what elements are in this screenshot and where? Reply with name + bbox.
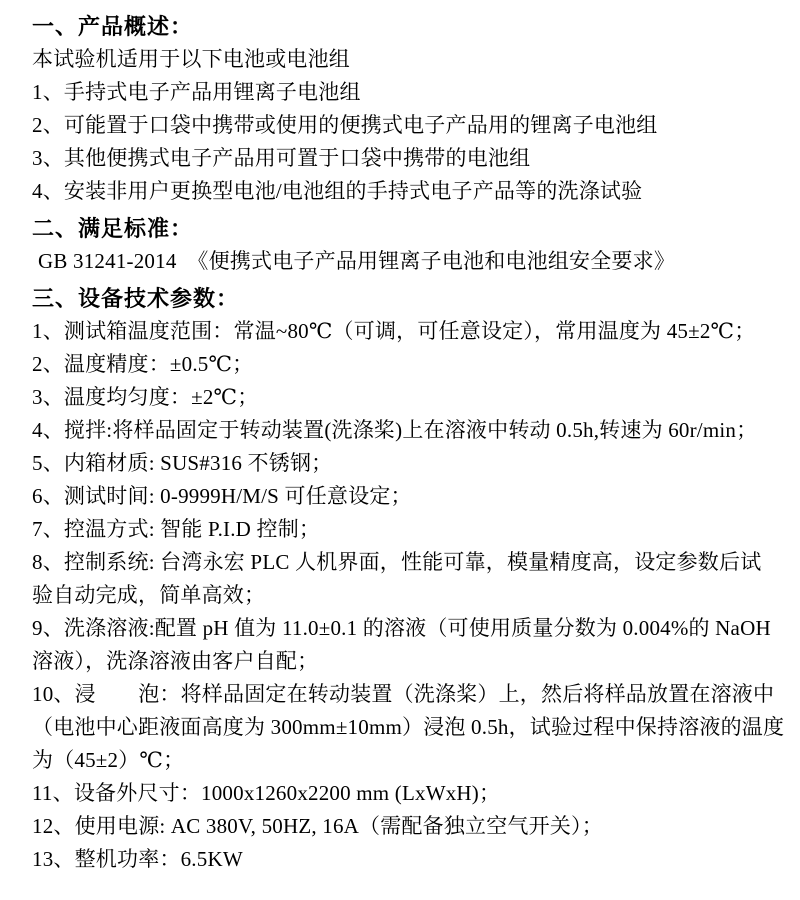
section-heading: 三、设备技术参数：	[32, 282, 796, 315]
document-line: 13、整机功率：6.5KW	[32, 843, 796, 876]
document-line: 溶液），洗涤溶液由客户自配；	[32, 645, 796, 678]
document-line: 1、手持式电子产品用锂离子电池组	[32, 76, 796, 109]
document-line: 4、搅拌:将样品固定于转动装置(洗涤桨)上在溶液中转动 0.5h,转速为 60r…	[32, 414, 796, 447]
document-line: 5、内箱材质: SUS#316 不锈钢；	[32, 447, 796, 480]
document-line: 10、浸 泡：将样品固定在转动装置（洗涤桨）上，然后将样品放置在溶液中	[32, 678, 796, 711]
document-body: 一、产品概述：本试验机适用于以下电池或电池组1、手持式电子产品用锂离子电池组2、…	[0, 0, 800, 876]
section-heading: 二、满足标准：	[32, 212, 796, 245]
document-line: 7、控温方式: 智能 P.I.D 控制；	[32, 513, 796, 546]
document-line: 4、安装非用户更换型电池/电池组的手持式电子产品等的洗涤试验	[32, 175, 796, 208]
document-line: 9、洗涤溶液:配置 pH 值为 11.0±0.1 的溶液（可使用质量分数为 0.…	[32, 612, 796, 645]
document-line: 验自动完成，简单高效；	[32, 579, 796, 612]
document-line: GB 31241-2014 《便携式电子产品用锂离子电池和电池组安全要求》	[32, 245, 796, 278]
document-line: 12、使用电源: AC 380V, 50HZ, 16A（需配备独立空气开关）；	[32, 810, 796, 843]
document-line: 本试验机适用于以下电池或电池组	[32, 43, 796, 76]
document-line: 2、温度精度：±0.5℃；	[32, 348, 796, 381]
document-line: （电池中心距液面高度为 300mm±10mm）浸泡 0.5h，试验过程中保持溶液…	[32, 711, 796, 744]
document-line: 3、其他便携式电子产品用可置于口袋中携带的电池组	[32, 142, 796, 175]
document-line: 2、可能置于口袋中携带或使用的便携式电子产品用的锂离子电池组	[32, 109, 796, 142]
document-line: 6、测试时间: 0-9999H/M/S 可任意设定；	[32, 480, 796, 513]
document-line: 1、测试箱温度范围：常温~80℃（可调，可任意设定），常用温度为 45±2℃；	[32, 315, 796, 348]
document-line: 8、控制系统: 台湾永宏 PLC 人机界面，性能可靠，模量精度高，设定参数后试	[32, 546, 796, 579]
document-line: 3、温度均匀度：±2℃；	[32, 381, 796, 414]
document-line: 为（45±2）℃；	[32, 744, 796, 777]
document-line: 11、设备外尺寸：1000x1260x2200 mm (LxWxH)；	[32, 777, 796, 810]
section-heading: 一、产品概述：	[32, 10, 796, 43]
